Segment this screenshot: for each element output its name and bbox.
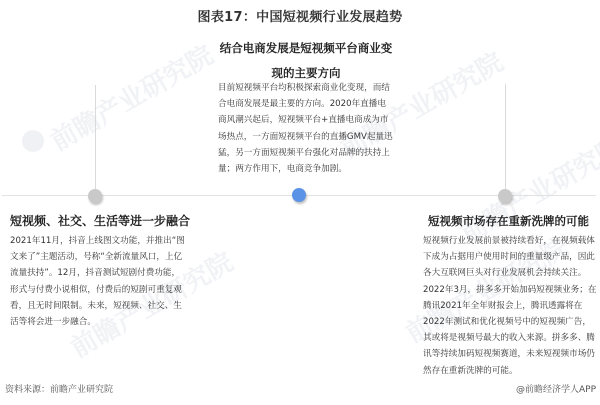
left-card-body: 2021年11月，抖音上线图文功能，并推出“图文来了”主题活动，号称“全新流量风… bbox=[10, 233, 188, 330]
left-card-title: 短视频、社交、生活等进一步融合 bbox=[10, 211, 210, 232]
watermark: 前瞻产业研究院 bbox=[43, 35, 219, 158]
timeline-node-left[interactable] bbox=[88, 189, 102, 203]
right-card-body: 短视频行业发展前景被持续看好，在视频载体下成为占据用户使用时间的重量级产品，因此… bbox=[423, 233, 599, 379]
right-card-title: 短视频市场存在重新洗牌的可能 bbox=[428, 211, 598, 232]
timeline-node-center[interactable] bbox=[292, 188, 306, 202]
center-card-title-line1: 结合电商发展是短视频平台商业变 bbox=[208, 38, 404, 59]
right-connector-line bbox=[505, 84, 506, 195]
chart-title: 图表17：中国短视频行业发展趋势 bbox=[0, 6, 600, 25]
center-card-title: 结合电商发展是短视频平台商业变 现的主要方向 bbox=[208, 38, 404, 84]
watermark-logo-icon bbox=[22, 130, 44, 152]
credit-note: @前瞻经济学人APP bbox=[516, 382, 596, 395]
source-note: 资料来源：前瞻产业研究院 bbox=[5, 382, 113, 395]
timeline-node-right[interactable] bbox=[498, 189, 512, 203]
left-connector-line bbox=[95, 85, 96, 195]
center-card-body: 目前短视频平台均积极探索商业化变现，而结合电商发展是最主要的方向。2020年直播… bbox=[218, 80, 394, 177]
